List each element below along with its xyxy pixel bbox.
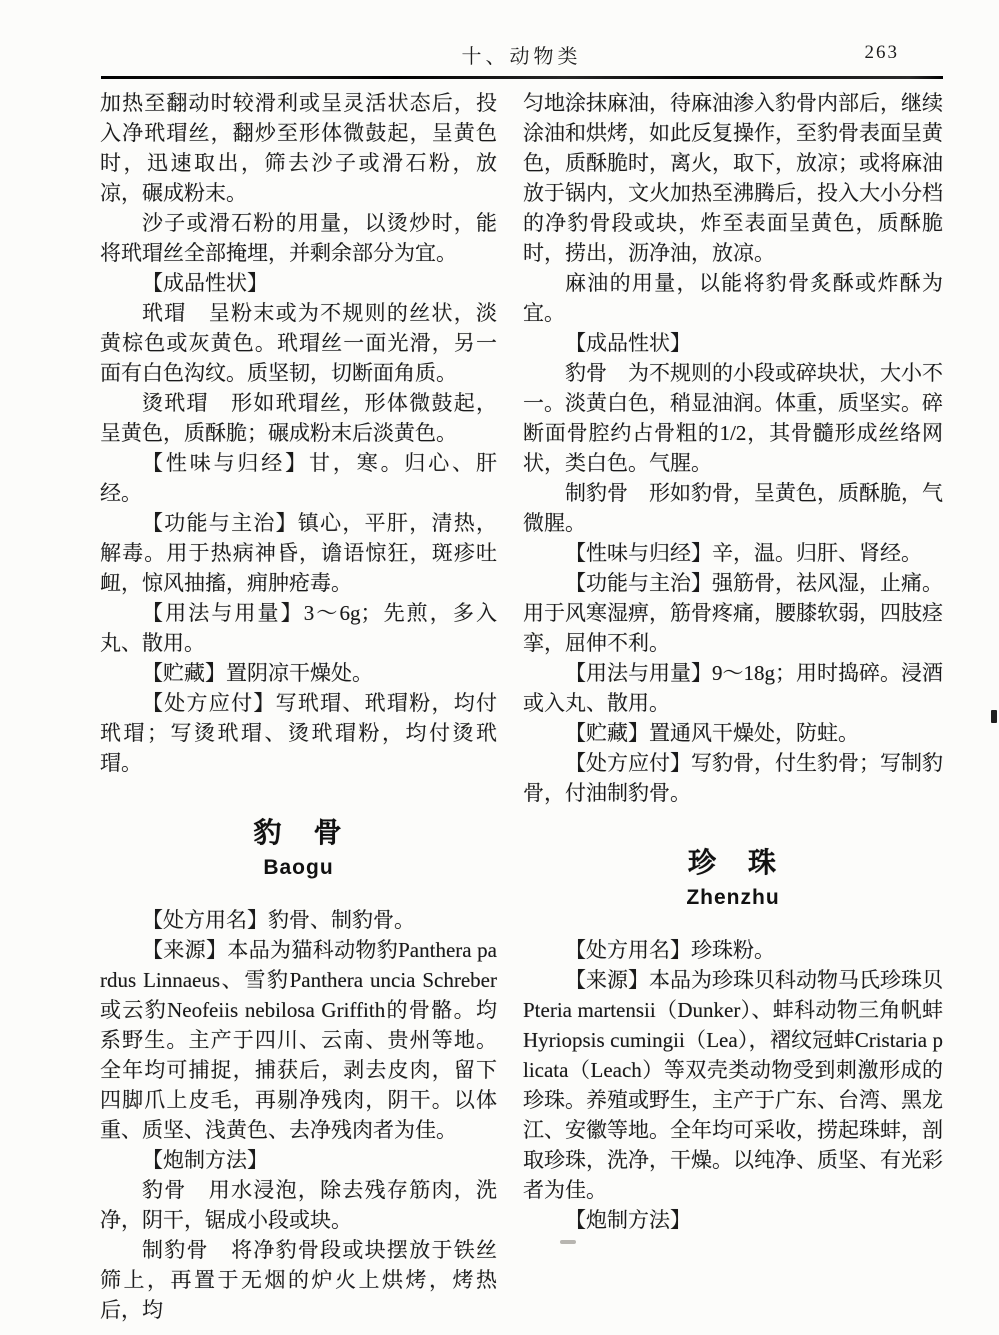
paragraph: 【处方应付】写豹骨，付生豹骨；写制豹骨，付油制豹骨。: [523, 748, 943, 808]
paragraph: 烫玳瑁 形如玳瑁丝，形体微鼓起，呈黄色，质酥脆；碾成粉末后淡黄色。: [100, 388, 497, 448]
paragraph: 【炮制方法】: [100, 1145, 497, 1175]
scan-artifact: [991, 710, 997, 723]
left-column: 加热至翻动时较滑利或呈灵活状态后，投入净玳瑁丝，翻炒至形体微鼓起，呈黄色时，迅速…: [100, 88, 497, 1325]
paragraph: 玳瑁 呈粉末或为不规则的丝状，淡黄棕色或灰黄色。玳瑁丝一面光滑，另一面有白色沟纹…: [100, 298, 497, 388]
paragraph: 【炮制方法】: [523, 1205, 943, 1235]
chapter-title: 十、动物类: [100, 40, 943, 69]
page-header: 十、动物类 263: [100, 40, 943, 68]
paragraph: 【来源】本品为猫科动物豹Panthera pardus Linnaeus、雪豹P…: [100, 935, 497, 1145]
page-number: 263: [865, 42, 900, 64]
scan-artifact: [560, 1240, 576, 1244]
paragraph: 【来源】本品为珍珠贝科动物马氏珍珠贝Pteria martensii（Dunke…: [523, 965, 943, 1205]
paragraph: 麻油的用量，以能将豹骨炙酥或炸酥为宜。: [523, 268, 943, 328]
paragraph: 【成品性状】: [523, 328, 943, 358]
paragraph: 【用法与用量】3～6g；先煎，多入丸、散用。: [100, 598, 497, 658]
entry-heading: 豹 骨Baogu: [100, 811, 497, 880]
paragraph: 【功能与主治】强筋骨，祛风湿，止痛。用于风寒湿痹，筋骨疼痛，腰膝软弱，四肢痉挛，…: [523, 568, 943, 658]
paragraph: 【贮藏】置阴凉干燥处。: [100, 658, 497, 688]
paragraph: 匀地涂抹麻油，待麻油渗入豹骨内部后，继续涂油和烘烤，如此反复操作，至豹骨表面呈黄…: [523, 88, 943, 268]
paragraph: 豹骨 用水浸泡，除去残存筋肉，洗净，阴干，锯成小段或块。: [100, 1175, 497, 1235]
paragraph: 【处方应付】写玳瑁、玳瑁粉，均付玳瑁；写烫玳瑁、烫玳瑁粉，均付烫玳瑁。: [100, 688, 497, 778]
entry-heading: 珍 珠Zhenzhu: [523, 841, 943, 910]
header-rule: [101, 76, 943, 79]
book-page: 十、动物类 263 加热至翻动时较滑利或呈灵活状态后，投入净玳瑁丝，翻炒至形体微…: [0, 0, 999, 1335]
right-column: 匀地涂抹麻油，待麻油渗入豹骨内部后，继续涂油和烘烤，如此反复操作，至豹骨表面呈黄…: [523, 88, 943, 1235]
paragraph: 制豹骨 形如豹骨，呈黄色，质酥脆，气微腥。: [523, 478, 943, 538]
paragraph: 豹骨 为不规则的小段或碎块状，大小不一。淡黄白色，稍显油润。体重，质坚实。碎断面…: [523, 358, 943, 478]
paragraph: 【性味与归经】辛，温。归肝、肾经。: [523, 538, 943, 568]
paragraph: 【处方用名】珍珠粉。: [523, 935, 943, 965]
paragraph: 【功能与主治】镇心，平肝，清热，解毒。用于热病神昏，谵语惊狂，斑疹吐衄，惊风抽搐…: [100, 508, 497, 598]
paragraph: 【性味与归经】甘，寒。归心、肝经。: [100, 448, 497, 508]
entry-title-cn: 豹 骨: [100, 811, 497, 851]
paragraph: 制豹骨 将净豹骨段或块摆放于铁丝筛上，再置于无烟的炉火上烘烤，烤热后，均: [100, 1235, 497, 1325]
paragraph: 沙子或滑石粉的用量，以烫炒时，能将玳瑁丝全部掩埋，并剩余部分为宜。: [100, 208, 497, 268]
paragraph: 加热至翻动时较滑利或呈灵活状态后，投入净玳瑁丝，翻炒至形体微鼓起，呈黄色时，迅速…: [100, 88, 497, 208]
paragraph: 【处方用名】豹骨、制豹骨。: [100, 905, 497, 935]
paragraph: 【用法与用量】9～18g；用时捣碎。浸酒或入丸、散用。: [523, 658, 943, 718]
entry-title-pinyin: Baogu: [100, 856, 497, 880]
paragraph: 【成品性状】: [100, 268, 497, 298]
entry-title-pinyin: Zhenzhu: [523, 886, 943, 910]
paragraph: 【贮藏】置通风干燥处，防蛀。: [523, 718, 943, 748]
entry-title-cn: 珍 珠: [523, 841, 943, 881]
text-columns: 加热至翻动时较滑利或呈灵活状态后，投入净玳瑁丝，翻炒至形体微鼓起，呈黄色时，迅速…: [100, 88, 943, 1325]
